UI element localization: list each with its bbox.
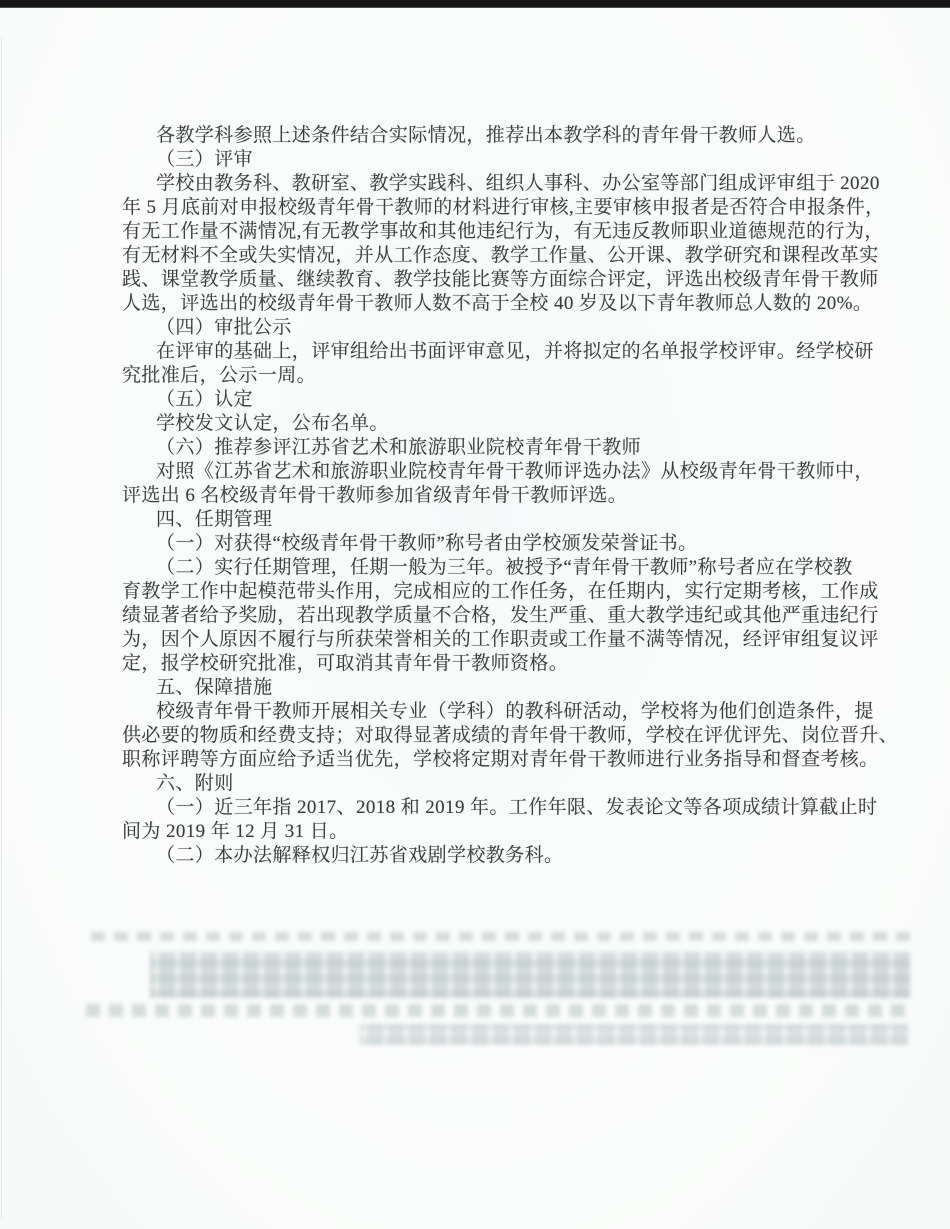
bleed-through-artifact (150, 952, 910, 998)
text-line: 有无材料不全或失实情况，并从工作态度、教学工作量、公开课、教学研究和课程改革实 (122, 244, 882, 268)
document-body: 各教学科参照上述条件结合实际情况，推荐出本教学科的青年骨干教师人选。（三）评审学… (122, 124, 882, 868)
document-page: 各教学科参照上述条件结合实际情况，推荐出本教学科的青年骨干教师人选。（三）评审学… (0, 8, 950, 1229)
text-line: 四、任期管理 (122, 508, 882, 532)
text-line: 五、保障措施 (122, 676, 882, 700)
text-line: 有无工作量不满情况,有无教学事故和其他违纪行为，有无违反教师职业道德规范的行为， (122, 220, 882, 244)
text-line: 职称评聘等方面应给予适当优先，学校将定期对青年骨干教师进行业务指导和督查考核。 (122, 748, 882, 772)
text-line: （五）认定 (122, 388, 882, 412)
text-line: 定，报学校研究批准，可取消其青年骨干教师资格。 (122, 652, 882, 676)
text-line: 六、附则 (122, 772, 882, 796)
text-line: 究批准后，公示一周。 (122, 364, 882, 388)
text-line: 人选，评选出的校级青年骨干教师人数不高于全校 40 岁及以下青年教师总人数的 2… (122, 292, 882, 316)
text-line: （二）实行任期管理，任期一般为三年。被授予“青年骨干教师”称号者应在学校教 (122, 556, 882, 580)
text-line: （三）评审 (122, 148, 882, 172)
bleed-through-artifact (360, 1024, 908, 1045)
text-line: 间为 2019 年 12 月 31 日。 (122, 820, 882, 844)
text-line: 在评审的基础上，评审组给出书面评审意见，并将拟定的名单报学校评审。经学校研 (122, 340, 882, 364)
text-line: 学校由教务科、教研室、教学实践科、组织人事科、办公室等部门组成评审组于 2020 (122, 172, 882, 196)
text-line: 各教学科参照上述条件结合实际情况，推荐出本教学科的青年骨干教师人选。 (122, 124, 882, 148)
text-line: 绩显著者给予奖励，若出现教学质量不合格，发生严重、重大教学违纪或其他严重违纪行 (122, 604, 882, 628)
bleed-through-artifact (85, 1004, 905, 1017)
text-line: （二）本办法解释权归江苏省戏剧学校教务科。 (122, 844, 882, 868)
text-line: 学校发文认定，公布名单。 (122, 412, 882, 436)
text-line: 校级青年骨干教师开展相关专业（学科）的教科研活动，学校将为他们创造条件，提 (122, 700, 882, 724)
text-line: 供必要的物质和经费支持；对取得显著成绩的青年骨干教师，学校在评优评先、岗位晋升、 (122, 724, 882, 748)
bleed-through-artifact (85, 932, 910, 941)
text-line: （一）对获得“校级青年骨干教师”称号者由学校颁发荣誉证书。 (122, 532, 882, 556)
text-line: 对照《江苏省艺术和旅游职业院校青年骨干教师评选办法》从校级青年骨干教师中， (122, 460, 882, 484)
text-line: 为，因个人原因不履行与所获荣誉相关的工作职责或工作量不满等情况，经评审组复议评 (122, 628, 882, 652)
text-line: （六）推荐参评江苏省艺术和旅游职业院校青年骨干教师 (122, 436, 882, 460)
scan-edge-bar-top (0, 0, 950, 8)
text-line: （一）近三年指 2017、2018 和 2019 年。工作年限、发表论文等各项成… (122, 796, 882, 820)
text-line: （四）审批公示 (122, 316, 882, 340)
text-line: 年 5 月底前对申报校级青年骨干教师的材料进行审核,主要审核申报者是否符合申报条… (122, 196, 882, 220)
text-line: 育教学工作中起模范带头作用，完成相应的工作任务，在任期内，实行定期考核，工作成 (122, 580, 882, 604)
text-line: 践、课堂教学质量、继续教育、教学技能比赛等方面综合评定，评选出校级青年骨干教师 (122, 268, 882, 292)
text-line: 评选出 6 名校级青年骨干教师参加省级青年骨干教师评选。 (122, 484, 882, 508)
